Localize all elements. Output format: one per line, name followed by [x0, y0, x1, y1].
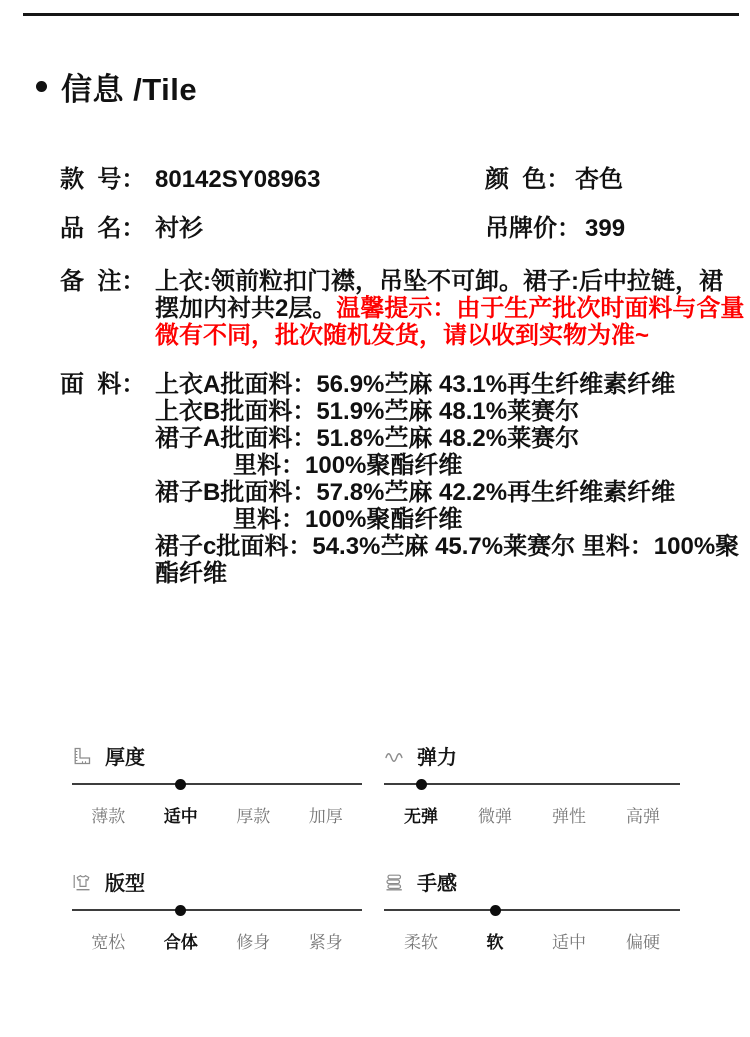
slider-dot: [175, 779, 186, 790]
slider-option: 合体: [145, 928, 218, 953]
slider-option: 紧身: [290, 928, 363, 953]
remark-line: 微有不同，批次随机发货，请以收到实物为准~: [155, 322, 744, 349]
slider-option: 适中: [532, 928, 606, 953]
remark-red-text: 微有不同，批次随机发货，请以收到实物为准~: [155, 322, 649, 349]
ruler-icon: [72, 746, 92, 766]
style-no-label: 款 号：: [60, 166, 145, 194]
color-value: 杏色: [575, 166, 623, 194]
style-no-value: 80142SY08963: [155, 166, 321, 194]
slider-option: 适中: [145, 802, 218, 827]
slider-option: 偏硬: [606, 928, 680, 953]
slider-elasticity: 弹力 无弹 微弹 弹性 高弹: [384, 741, 680, 831]
remark-line: 上衣:领前粒扣门襟，吊坠不可卸。裙子:后中拉链，裙: [155, 268, 744, 295]
top-divider: [23, 13, 739, 16]
section-heading: 信息 /Tile: [36, 64, 197, 109]
slider-track: [384, 783, 680, 785]
slider-options: 柔软 软 适中 偏硬: [384, 928, 680, 953]
fabric-line: 里料：100%聚酯纤维: [155, 452, 739, 479]
slider-option: 加厚: [290, 802, 363, 827]
slider-options: 无弹 微弹 弹性 高弹: [384, 802, 680, 827]
wave-icon: [384, 746, 404, 766]
color-label: 颜 色：: [485, 166, 570, 194]
fabric-line: 里料：100%聚酯纤维: [155, 506, 739, 533]
slider-dot: [175, 905, 186, 916]
slider-title: 手感: [417, 867, 457, 896]
slider-option: 微弹: [458, 802, 532, 827]
slider-option: 柔软: [384, 928, 458, 953]
slider-option: 软: [458, 928, 532, 953]
remark-text: 上衣:领前粒扣门襟，吊坠不可卸。裙子:后中拉链，裙 摆加内衬共2层。温馨提示：由…: [155, 268, 744, 349]
slider-thickness: 厚度 薄款 适中 厚款 加厚: [72, 741, 362, 831]
slider-option: 修身: [217, 928, 290, 953]
product-info-page: 信息 /Tile 款 号： 80142SY08963 颜 色： 杏色 品 名： …: [0, 0, 750, 1037]
slider-option: 高弹: [606, 802, 680, 827]
slider-header: 弹力: [384, 741, 457, 770]
price-label: 吊牌价：: [485, 215, 581, 243]
slider-option: 宽松: [72, 928, 145, 953]
slider-option: 厚款: [217, 802, 290, 827]
fabric-line: 酯纤维: [155, 560, 739, 587]
tshirt-icon: [72, 872, 92, 892]
slider-option: 薄款: [72, 802, 145, 827]
slider-dot: [416, 779, 427, 790]
fabric-line: 上衣A批面料：56.9%苎麻 43.1%再生纤维素纤维: [155, 371, 739, 398]
name-value: 衬衫: [155, 215, 203, 243]
remark-line: 摆加内衬共2层。温馨提示：由于生产批次时面料与含量: [155, 295, 744, 322]
remark-black-text: 摆加内衬共2层。: [155, 295, 336, 322]
slider-header: 厚度: [72, 741, 145, 770]
fabric-line: 裙子B批面料：57.8%苎麻 42.2%再生纤维素纤维: [155, 479, 739, 506]
slider-option: 弹性: [532, 802, 606, 827]
slider-track: [72, 909, 362, 911]
slider-feel: 手感 柔软 软 适中 偏硬: [384, 867, 680, 957]
slider-track: [72, 783, 362, 785]
fabric-line: 上衣B批面料：51.9%苎麻 48.1%莱赛尔: [155, 398, 739, 425]
bullet-icon: [36, 81, 47, 92]
slider-fit: 版型 宽松 合体 修身 紧身: [72, 867, 362, 957]
slider-title: 厚度: [105, 741, 145, 770]
slider-header: 版型: [72, 867, 145, 896]
slider-title: 弹力: [417, 741, 457, 770]
remark-red-text: 温馨提示：由于生产批次时面料与含量: [336, 295, 744, 322]
slider-options: 薄款 适中 厚款 加厚: [72, 802, 362, 827]
slider-options: 宽松 合体 修身 紧身: [72, 928, 362, 953]
price-value: 399: [585, 215, 625, 243]
remark-black-text: 上衣:领前粒扣门襟，吊坠不可卸。裙子:后中拉链，裙: [155, 268, 723, 295]
slider-dot: [490, 905, 501, 916]
fabric-text: 上衣A批面料：56.9%苎麻 43.1%再生纤维素纤维 上衣B批面料：51.9%…: [155, 371, 739, 587]
slider-header: 手感: [384, 867, 457, 896]
slider-title: 版型: [105, 867, 145, 896]
slider-track: [384, 909, 680, 911]
fabric-label: 面 料：: [60, 371, 145, 399]
name-label: 品 名：: [60, 215, 145, 243]
slider-option: 无弹: [384, 802, 458, 827]
section-title: 信息 /Tile: [61, 64, 197, 109]
fabric-line: 裙子A批面料：51.8%苎麻 48.2%莱赛尔: [155, 425, 739, 452]
fabric-stack-icon: [384, 872, 404, 892]
fabric-line: 裙子c批面料：54.3%苎麻 45.7%莱赛尔 里料：100%聚: [155, 533, 739, 560]
remark-label: 备 注：: [60, 268, 145, 296]
